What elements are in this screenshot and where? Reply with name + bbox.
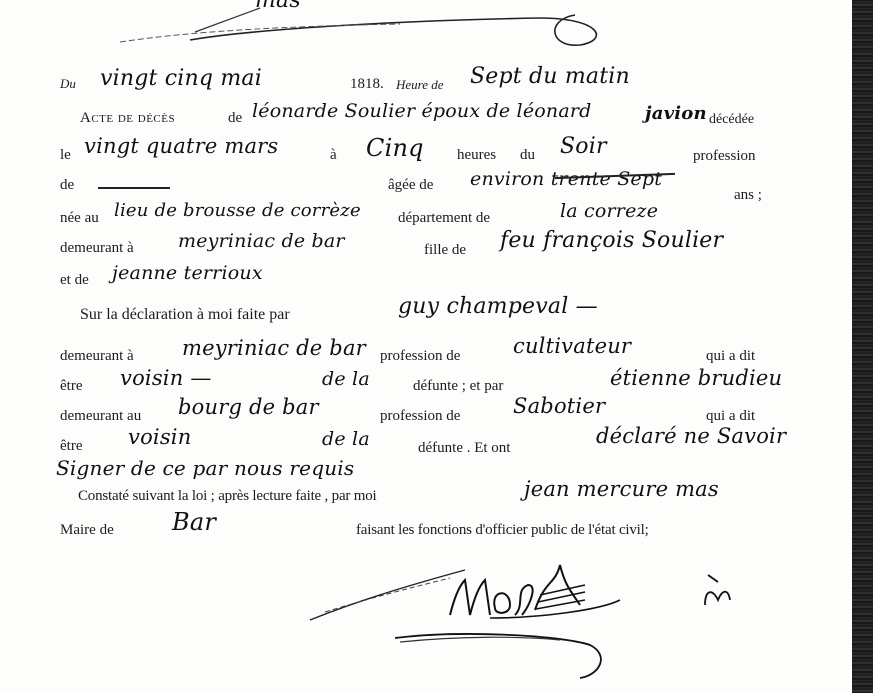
profession1: cultivateur [513,334,631,358]
mayor-name: jean mercure mas [524,477,719,501]
relation1: voisin — [120,366,212,390]
birthplace: lieu de brousse de corrèze [114,200,361,221]
demeurant1-label: demeurant à [60,348,134,365]
fonctions-text: faisant les fonctions d'officier public … [356,522,649,539]
signer-statement: Signer de ce par nous requis [56,456,354,480]
date-handwritten: vingt cinq mai [100,66,262,91]
top-signature-text: mas [255,0,301,13]
declared-statement: déclaré ne Savoir [596,424,786,448]
father-name: feu françois Soulier [500,228,723,253]
demeurant2-label: demeurant au [60,408,141,425]
deceased-name: léonarde Soulier époux de léonard [252,100,592,122]
register-page: mas Du vingt cinq mai 1818. Heure de Sep… [0,0,852,693]
defunte2-label: défunte . Et ont [418,440,510,457]
le-label: le [60,147,71,164]
departement-handwritten: la correze [560,200,658,222]
profession2: Sabotier [513,394,605,418]
etre1-label: être [60,378,82,395]
etre2-label: être [60,438,82,455]
decedee-label: décédée [709,112,754,128]
heure-label: Heure de [396,77,444,93]
deceased-surname: javion [645,103,707,124]
age-handwritten: environ trente Sept [470,168,662,190]
profession1-label: profession de [380,348,460,365]
profession2-label: profession de [380,408,460,425]
mayor-signature [300,560,760,680]
fille-label: fille de [424,242,466,259]
nee-label: née au [60,210,99,227]
constate-text: Constaté suivant la loi ; après lecture … [78,488,377,505]
death-date: vingt quatre mars [84,134,278,158]
de-la-1: de la [322,368,370,390]
et-de-label: et de [60,272,89,289]
age-label: âgée de [388,177,433,194]
commune: Bar [172,508,216,536]
ans-label: ans ; [734,187,762,204]
qui-a-dit-2: qui a dit [706,408,755,425]
residence2: bourg de bar [178,395,319,419]
declaration-intro: Sur la déclaration à moi faite par [80,306,290,324]
heures-label: heures [457,147,496,164]
maire-label: Maire de [60,522,114,539]
top-signature-flourish [0,0,620,50]
defunte1-label: défunte ; et par [413,378,503,395]
de-label: de [60,177,74,194]
departement-label: département de [398,210,490,227]
acte-title: Acte de décès [80,110,175,127]
scan-margin [873,0,883,693]
demeurant-label: demeurant à [60,240,134,257]
a-label: à [330,147,337,164]
year: 1818. [350,76,384,93]
death-hour: Cinq [366,134,424,162]
du-label: Du [60,76,76,92]
du-label-2: du [520,147,535,164]
profession-label: profession [693,148,756,165]
declarant2: étienne brudieu [610,366,782,390]
mother-name: jeanne terrioux [112,262,263,284]
residence1: meyriniac de bar [182,336,366,360]
declarant1: guy champeval — [398,294,598,319]
death-period: Soir [560,134,607,159]
de-la-2: de la [322,428,370,450]
profession-blank-line [98,187,170,189]
heure-handwritten: Sept du matin [470,64,630,89]
residence: meyriniac de bar [178,230,345,252]
acte-de-label: de [228,110,242,127]
register-binding-edge [852,0,873,693]
qui-a-dit-1: qui a dit [706,348,755,365]
relation2: voisin [128,425,191,449]
